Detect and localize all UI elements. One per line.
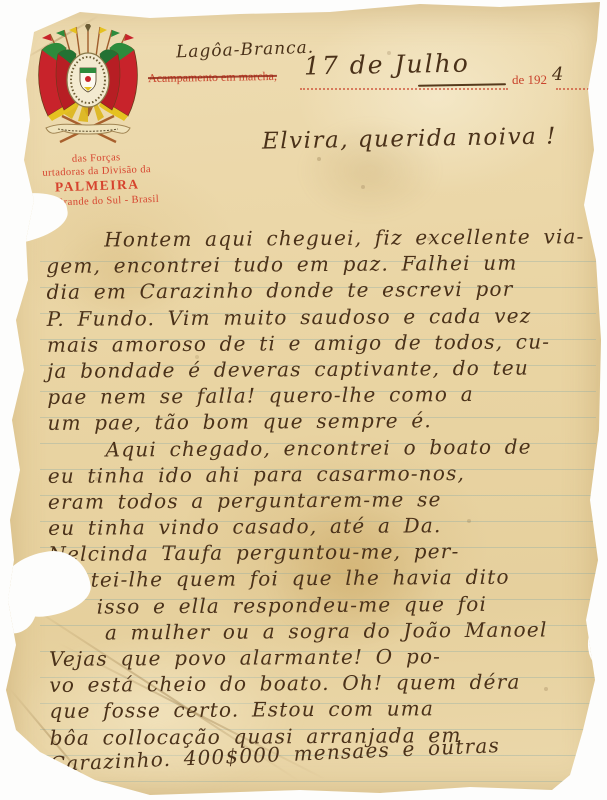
dotted-leader (300, 88, 508, 90)
handwritten-line: Vejas que povo alarmante! O po- (49, 643, 601, 673)
paper-speckles (0, 0, 2, 2)
letter-body: Hontem aqui cheguei, fiz excellente via-… (46, 224, 602, 778)
handwritten-line: guntei-lhe quem foi que lhe havia dito (48, 565, 600, 595)
printer-mark-icon (14, 86, 17, 114)
handwritten-line: a mulher ou a sogra do João Manoel (49, 617, 601, 647)
handwritten-line: Aqui chegado, encontrei o boato de (48, 434, 600, 464)
letter-paper: das Forças urtadoras da Divisão da PALME… (0, 0, 607, 800)
salutation: Elvira, querida noiva ! (262, 123, 557, 154)
handwritten-line: eram todos a perguntarem-me se (48, 486, 600, 516)
scanned-letter: das Forças urtadoras da Divisão da PALME… (0, 0, 607, 800)
coat-of-arms-icon (26, 24, 150, 154)
handwritten-line: mais amoroso de ti e amigo de todos, cu- (47, 329, 599, 359)
handwritten-line: P. Fundo. Vim muito saudoso e cada vez (47, 303, 599, 333)
handwritten-year-digit: 4 (552, 64, 563, 85)
printed-year-prefix: de 192 (512, 72, 547, 88)
handwritten-line: que fosse certo. Estou com uma (49, 695, 601, 725)
handwritten-line: isso e ella respondeu-me que foi (49, 591, 601, 621)
handwritten-line: pae nem se falla! quero-lhe como a (47, 381, 599, 411)
handwritten-line: um pae, tão bom que sempre é. (47, 407, 599, 437)
handwritten-line: vo está cheio do boato. Oh! quem déra (49, 669, 601, 699)
handwritten-line: dia em Carazinho donde te escrevi por (46, 276, 598, 306)
handwritten-line: eu tinha vindo casado, até a Da. (48, 512, 600, 542)
handwritten-line: ja bondade é deveras captivante, do teu (47, 355, 599, 385)
dotted-leader (556, 88, 600, 90)
letterhead-text: das Forças urtadoras da Divisão da PALME… (1, 149, 193, 212)
handwritten-line: eu tinha ido ahi para casarmo-nos, (48, 460, 600, 490)
handwritten-line: gem, encontrei tudo em paz. Falhei um (46, 250, 598, 280)
handwritten-line: Hontem aqui cheguei, fiz excellente via- (46, 224, 598, 254)
handwritten-date: 17 de Julho (304, 49, 470, 81)
printed-location-struck: Acampamento em marcha, (148, 69, 277, 86)
handwritten-line: Nelcinda Taufa perguntou-me, per- (48, 538, 600, 568)
